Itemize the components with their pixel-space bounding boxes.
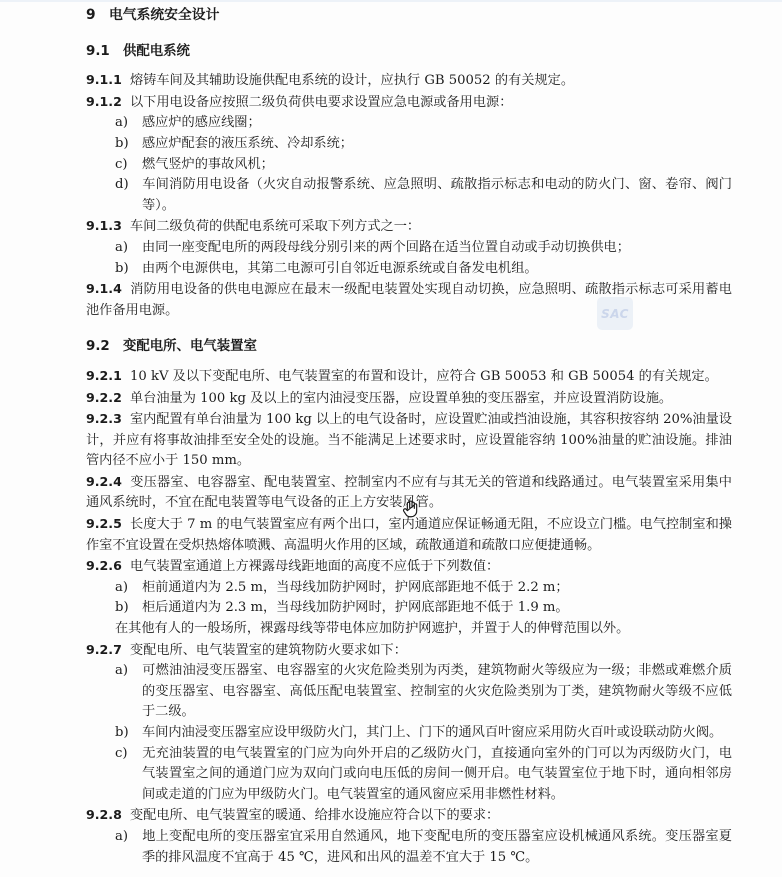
item-text: 柜后通道内为 2.3 m，当母线加防护网时，护网底部距地不低于 1.9 m。 <box>142 600 569 615</box>
list-item: a)地上变配电所的变压器室宜采用自然通风，地下变配电所的变压器室应设机械通风系统… <box>115 827 732 868</box>
clause-9-1-2: 9.1.2以下用电设备应按照二级负荷供电要求设置应急电源或备用电源： <box>86 92 732 114</box>
clause-text: 10 kV 及以下变配电所、电气装置室的布置和设计，应符合 GB 50053 和… <box>130 369 718 384</box>
clause-text: 消防用电设备的供电电源应在最末一级配电装置处实现自动切换，应急照明、疏散指示标志… <box>86 282 732 318</box>
list-item: a)柜前通道内为 2.5 m，当母线加防护网时，护网底部距地不低于 2.2 m； <box>115 578 732 599</box>
clause-number: 9.2.1 <box>86 366 130 387</box>
list-item: d)车间消防用电设备（火灾自动报警系统、应急照明、疏散指示标志和电动的防火门、窗… <box>115 175 732 216</box>
section-heading-9-1: 9.1供配电系统 <box>86 42 732 63</box>
clause-9-1-1: 9.1.1熔铸车间及其辅助设施供配电系统的设计，应执行 GB 50052 的有关… <box>86 70 732 92</box>
list-item: b)感应炉配套的液压系统、冷却系统； <box>115 134 732 155</box>
standard-document-page: 9电气系统安全设计 9.1供配电系统 9.1.1熔铸车间及其辅助设施供配电系统的… <box>86 0 732 868</box>
item-label: c) <box>115 155 142 176</box>
item-text: 由同一座变配电所的两段母线分别引来的两个回路在适当位置自动或手动切换供电； <box>142 240 630 255</box>
list-item: b)由两个电源供电，其第二电源可引自邻近电源系统或自备发电机组。 <box>115 259 732 280</box>
clause-text: 熔铸车间及其辅助设施供配电系统的设计，应执行 GB 50052 的有关规定。 <box>130 73 574 88</box>
section-title: 供配电系统 <box>123 44 190 59</box>
clause-9-1-3: 9.1.3车间二级负荷的供配电系统可采取下列方式之一： <box>86 216 732 238</box>
list-item: c)无充油装置的电气装置室的门应为向外开启的乙级防火门，直接通向室外的门可以为丙… <box>115 744 732 806</box>
item-text: 地上变配电所的变压器室宜采用自然通风，地下变配电所的变压器室应设机械通风系统。变… <box>142 829 732 865</box>
item-text: 无充油装置的电气装置室的门应为向外开启的乙级防火门，直接通向室外的门可以为丙级防… <box>142 746 732 802</box>
list-item: a)由同一座变配电所的两段母线分别引来的两个回路在适当位置自动或手动切换供电； <box>115 238 732 259</box>
chapter-number: 9 <box>86 5 109 26</box>
clause-9-2-3: 9.2.3室内配置有单台油量为 100 kg 以上的电气设备时，应设置贮油或挡油… <box>86 409 732 472</box>
item-text: 可燃油油浸变压器室、电容器室的火灾危险类别为丙类，建筑物耐火等级应为一级；非燃或… <box>142 663 732 719</box>
sac-watermark-label: SAC <box>601 307 629 321</box>
item-text: 车间消防用电设备（火灾自动报警系统、应急照明、疏散指示标志和电动的防火门、窗、卷… <box>142 177 732 213</box>
item-label: b) <box>115 598 142 619</box>
item-label: b) <box>115 723 142 744</box>
clause-text: 变配电所、电气装置室的暖通、给排水设施应符合以下的要求： <box>130 808 499 823</box>
clause-9-2-5: 9.2.5长度大于 7 m 的电气装置室应有两个出口，室内通道应保证畅通无阻，不… <box>86 514 732 556</box>
section-heading-9-2: 9.2变配电所、电气装置室 <box>86 337 732 358</box>
clause-text: 变配电所、电气装置室的建筑物防火要求如下： <box>130 643 407 658</box>
list-item: a)感应炉的感应线圈； <box>115 113 732 134</box>
item-text: 柜前通道内为 2.5 m，当母线加防护网时，护网底部距地不低于 2.2 m； <box>142 580 569 595</box>
section-number: 9.1 <box>86 42 123 63</box>
item-text: 由两个电源供电，其第二电源可引自邻近电源系统或自备发电机组。 <box>142 261 538 276</box>
clause-number: 9.2.8 <box>86 805 130 826</box>
list-item: c)燃气竖炉的事故风机； <box>115 155 732 176</box>
clause-number: 9.2.3 <box>86 409 130 430</box>
item-text: 燃气竖炉的事故风机； <box>142 157 274 172</box>
hand-grab-cursor-icon <box>401 498 421 519</box>
clause-number: 9.2.5 <box>86 514 130 535</box>
clause-9-2-1: 9.2.110 kV 及以下变配电所、电气装置室的布置和设计，应符合 GB 50… <box>86 366 732 388</box>
sac-watermark: SAC <box>597 297 633 330</box>
list-item: b)柜后通道内为 2.3 m，当母线加防护网时，护网底部距地不低于 1.9 m。 <box>115 598 732 619</box>
list-item: a)可燃油油浸变压器室、电容器室的火灾危险类别为丙类，建筑物耐火等级应为一级；非… <box>115 661 732 723</box>
clause-text: 单台油量为 100 kg 及以上的室内油浸变压器，应设置单独的变压器室，并应设置… <box>130 391 672 406</box>
clause-9-2-6: 9.2.6电气装置室通道上方裸露母线距地面的高度不应低于下列数值： <box>86 556 732 578</box>
clause-number: 9.1.3 <box>86 216 130 237</box>
clause-number: 9.2.7 <box>86 640 130 661</box>
clause-9-2-7: 9.2.7变配电所、电气装置室的建筑物防火要求如下： <box>86 640 732 662</box>
clause-number: 9.2.6 <box>86 556 130 577</box>
item-label: d) <box>115 175 142 196</box>
clause-9-1-4: 9.1.4消防用电设备的供电电源应在最末一级配电装置处实现自动切换，应急照明、疏… <box>86 279 732 321</box>
item-label: c) <box>115 744 142 765</box>
clause-number: 9.2.2 <box>86 388 130 409</box>
item-label: a) <box>115 113 142 134</box>
chapter-title: 电气系统安全设计 <box>109 7 219 23</box>
clause-number: 9.2.4 <box>86 472 130 493</box>
list-item: b)车间内油浸变压器室应设甲级防火门，其门上、门下的通风百叶窗应采用防火百叶或设… <box>115 723 732 744</box>
item-text: 感应炉配套的液压系统、冷却系统； <box>142 136 353 151</box>
item-label: b) <box>115 134 142 155</box>
item-label: a) <box>115 578 142 599</box>
clause-text: 长度大于 7 m 的电气装置室应有两个出口，室内通道应保证畅通无阻，不应设立门槛… <box>86 517 732 553</box>
chapter-heading: 9电气系统安全设计 <box>86 5 732 26</box>
note-text: 在其他有人的一般场所，裸露母线等带电体应加防护网遮护，并置于人的伸臂范围以外。 <box>115 621 629 636</box>
clause-text: 以下用电设备应按照二级负荷供电要求设置应急电源或备用电源： <box>130 95 512 110</box>
item-label: a) <box>115 238 142 259</box>
clause-text: 车间二级负荷的供配电系统可采取下列方式之一： <box>130 219 420 234</box>
clause-number: 9.1.1 <box>86 70 130 91</box>
clause-9-2-2: 9.2.2单台油量为 100 kg 及以上的室内油浸变压器，应设置单独的变压器室… <box>86 388 732 410</box>
clause-number: 9.1.2 <box>86 92 130 113</box>
item-label: a) <box>115 827 142 848</box>
clause-text: 室内配置有单台油量为 100 kg 以上的电气设备时，应设置贮油或挡油设施，其容… <box>86 412 732 468</box>
section-number: 9.2 <box>86 337 123 358</box>
clause-text: 电气装置室通道上方裸露母线距地面的高度不应低于下列数值： <box>130 559 499 574</box>
note-paragraph: 在其他有人的一般场所，裸露母线等带电体应加防护网遮护，并置于人的伸臂范围以外。 <box>115 619 732 640</box>
item-text: 车间内油浸变压器室应设甲级防火门，其门上、门下的通风百叶窗应采用防火百叶或设联动… <box>142 725 722 740</box>
item-label: b) <box>115 259 142 280</box>
clause-9-2-8: 9.2.8变配电所、电气装置室的暖通、给排水设施应符合以下的要求： <box>86 805 732 827</box>
section-title: 变配电所、电气装置室 <box>123 339 257 354</box>
item-text: 感应炉的感应线圈； <box>142 115 261 130</box>
clause-number: 9.1.4 <box>86 279 130 300</box>
item-label: a) <box>115 661 142 682</box>
